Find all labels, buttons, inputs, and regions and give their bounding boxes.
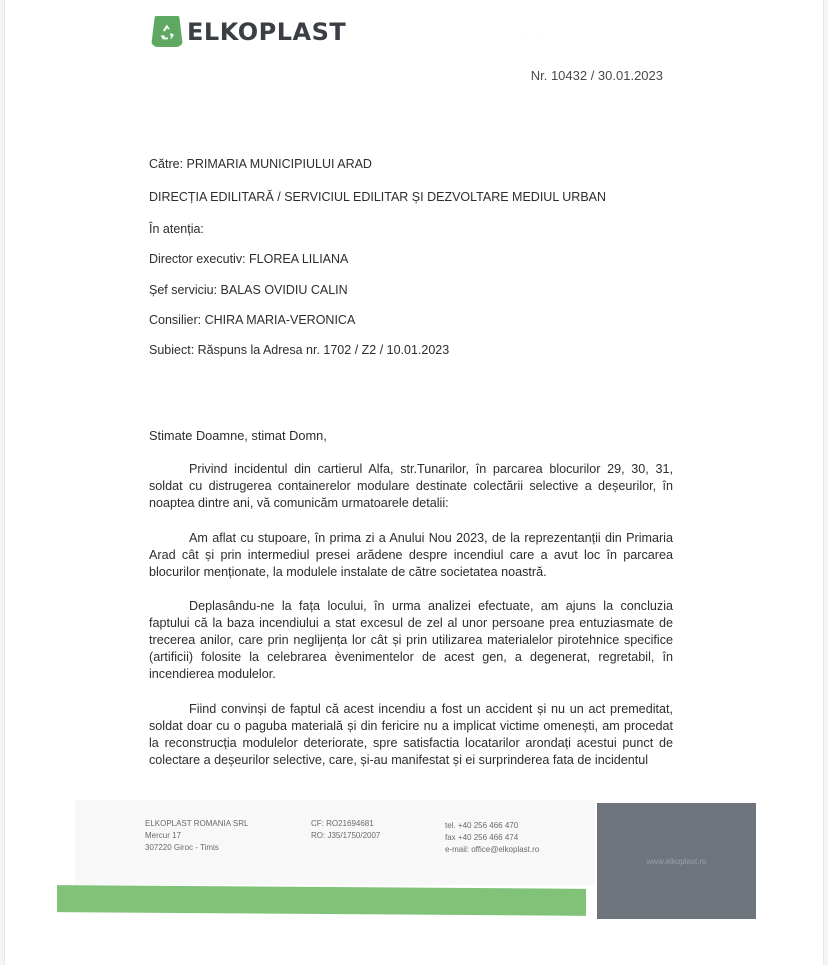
footer-company-address: ELKOPLAST ROMANIA SRL Mercur 17 307220 G…: [145, 818, 248, 854]
recipient-department: DIRECȚIA EDILITARĂ / SERVICIUL EDILITAR …: [149, 190, 606, 204]
logo-text: ELKOPLAST: [187, 18, 346, 46]
website-text: www.elkoplast.ro: [646, 857, 706, 866]
letter-page: ELKOPLAST · · · Nr. 10432 / 30.01.2023 C…: [4, 0, 824, 965]
footer-registration: CF: RO21694681 RO: J35/1750/2007: [311, 818, 380, 842]
salutation: Stimate Doamne, stimat Domn,: [149, 428, 327, 443]
recipient-advisor: Consilier: CHIRA MARIA-VERONICA: [149, 313, 355, 327]
footer-contact: tel. +40 256 466 470 fax +40 256 466 474…: [445, 820, 539, 856]
footer-website-box: www.elkoplast.ro: [597, 803, 756, 919]
paragraph: Am aflat cu stupoare, în prima zi a Anul…: [149, 530, 673, 581]
recipient-chief: Șef serviciu: BALAS OVIDIU CALIN: [149, 283, 348, 297]
paragraph: Fiind convinși de faptul că acest incend…: [149, 701, 673, 769]
recycle-icon: [151, 16, 183, 47]
reference-number: Nr. 10432 / 30.01.2023: [531, 68, 663, 83]
company-logo: ELKOPLAST: [151, 16, 346, 47]
paragraph: Deplasându-ne la fața locului, în urma a…: [149, 598, 673, 683]
recipient-director: Director executiv: FLOREA LILIANA: [149, 252, 348, 266]
footer-green-bar: [57, 885, 586, 916]
paragraph: Privind incidentul din cartierul Alfa, s…: [149, 461, 673, 512]
faint-watermark: · · ·: [510, 25, 549, 39]
recipient-to: Către: PRIMARIA MUNICIPIULUI ARAD: [149, 157, 372, 171]
letter-subject: Subiect: Răspuns la Adresa nr. 1702 / Z2…: [149, 343, 449, 357]
attention-label: În atenția:: [149, 222, 204, 236]
